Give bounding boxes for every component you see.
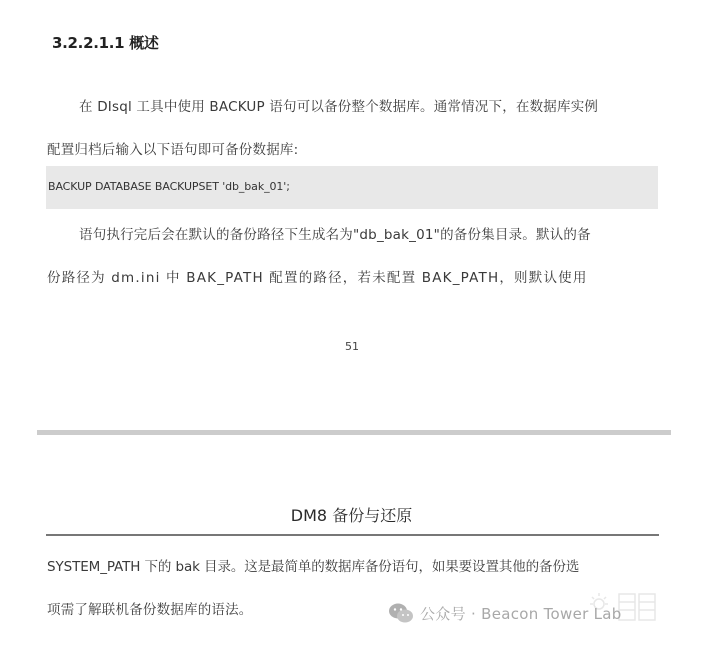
paragraph-2: 配置归档后输入以下语句即可备份数据库: — [47, 138, 298, 158]
paragraph-1: 在 DIsql 工具中使用 BACKUP 语句可以备份整个数据库。通常情况下，在… — [79, 95, 598, 115]
paragraph-6: 项需了解联机备份数据库的语法。 — [47, 598, 253, 618]
page-separator — [37, 430, 671, 435]
watermark-text: 公众号 · Beacon Tower Lab — [420, 603, 622, 624]
paragraph-3: 语句执行完后会在默认的备份路径下生成名为"db_bak_01"的备份集目录。默认… — [79, 223, 591, 243]
page-number: 51 — [345, 340, 359, 353]
running-header: DM8 备份与还原 — [0, 503, 703, 526]
watermark: 公众号 · Beacon Tower Lab — [388, 598, 622, 628]
paragraph-4: 份路径为 dm.ini 中 BAK_PATH 配置的路径，若未配置 BAK_PA… — [47, 266, 588, 286]
wechat-icon — [388, 602, 414, 624]
code-statement: BACKUP DATABASE BACKUPSET 'db_bak_01'; — [48, 180, 290, 193]
header-rule — [46, 534, 659, 536]
section-heading: 3.2.2.1.1 概述 — [52, 32, 159, 53]
code-block: BACKUP DATABASE BACKUPSET 'db_bak_01'; — [46, 166, 658, 209]
paragraph-5: SYSTEM_PATH 下的 bak 目录。这是最简单的数据库备份语句，如果要设… — [47, 555, 579, 575]
